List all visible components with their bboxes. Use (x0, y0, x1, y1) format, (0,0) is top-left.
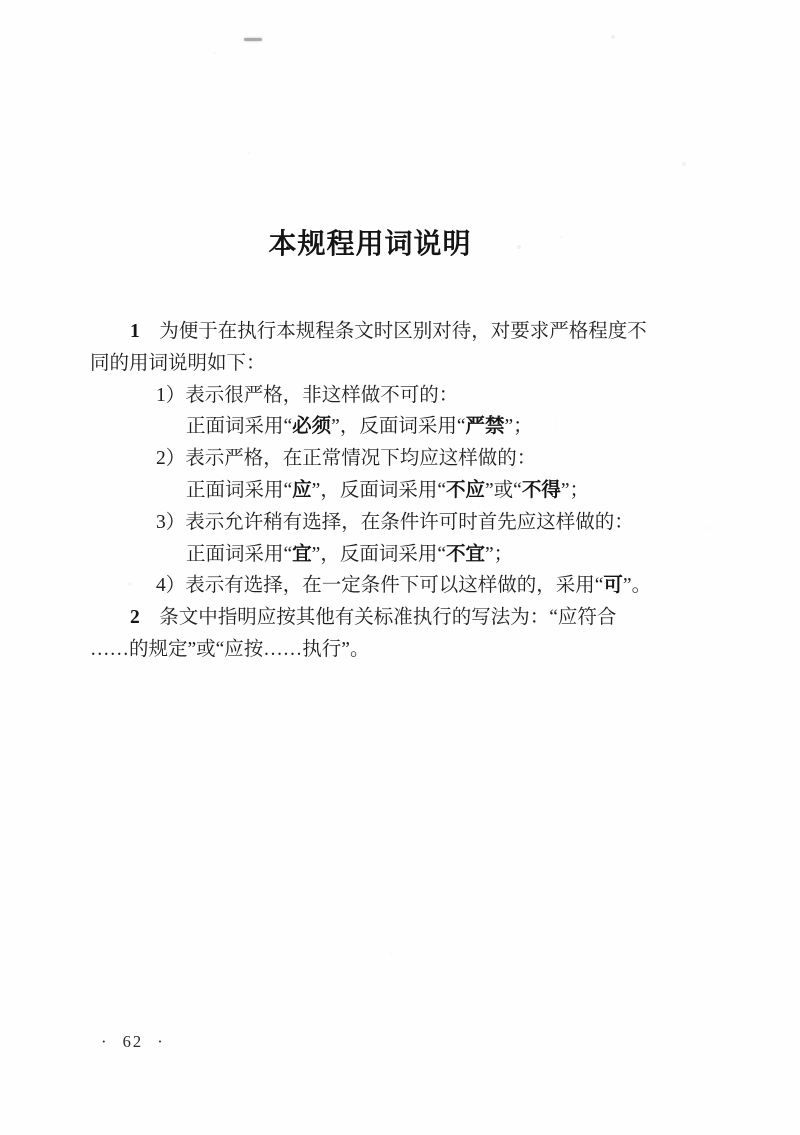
keyword: 不得 (522, 480, 561, 501)
keyword: 应 (292, 480, 312, 501)
text-line: 2 条文中指明应按其他有关标准执行的写法为：“应符合 (90, 602, 665, 634)
text-segment: 正面词采用“ (186, 544, 292, 565)
text-segment: 4）表示有选择，在一定条件下可以这样做的，采用“ (156, 575, 603, 596)
text-segment: ”； (485, 544, 513, 565)
page-number: · 62 · (101, 1032, 165, 1052)
text-segment: ”。 (623, 575, 651, 596)
keyword: 可 (603, 575, 623, 596)
text-segment: ”； (505, 416, 533, 437)
text-segment: 条文中指明应按其他有关标准执行的写法为：“应符合 (140, 607, 617, 628)
text-segment: ”，反面词采用“ (312, 544, 446, 565)
title-row: 本规程用词说明 (90, 222, 650, 262)
text-line: 1 为便于在执行本规程条文时区别对待，对要求严格程度不 (90, 316, 665, 348)
text-segment: ……的规定”或“应按……执行”。 (90, 639, 369, 660)
text-segment: 正面词采用“ (186, 480, 292, 501)
body-text: 1 为便于在执行本规程条文时区别对待，对要求严格程度不同的用词说明如下：1）表示… (90, 316, 665, 666)
text-line: 4）表示有选择，在一定条件下可以这样做的，采用“可”。 (90, 570, 665, 602)
text-segment: ”或“ (485, 480, 522, 501)
keyword: 不应 (446, 480, 485, 501)
text-line: 3）表示允许稍有选择，在条件许可时首先应这样做的： (90, 507, 665, 539)
text-segment: 1）表示很严格，非这样做不可的： (156, 385, 458, 406)
text-segment: 正面词采用“ (186, 416, 292, 437)
page-title: 本规程用词说明 (268, 222, 471, 262)
scan-artifact-dash (244, 38, 262, 41)
text-line: 1）表示很严格，非这样做不可的： (90, 380, 665, 412)
keyword: 严禁 (465, 416, 504, 437)
text-segment: ”，反面词采用“ (331, 416, 465, 437)
text-segment: 2）表示严格，在正常情况下均应这样做的： (156, 448, 536, 469)
keyword: 不宜 (446, 544, 485, 565)
text-segment: ”； (561, 480, 589, 501)
text-segment: 3）表示允许稍有选择，在条件许可时首先应这样做的： (156, 512, 634, 533)
keyword: 宜 (292, 544, 312, 565)
text-line: 正面词采用“必须”，反面词采用“严禁”； (90, 411, 665, 443)
text-line: 2）表示严格，在正常情况下均应这样做的： (90, 443, 665, 475)
scanned-page: 本规程用词说明 1 为便于在执行本规程条文时区别对待，对要求严格程度不同的用词说… (0, 0, 800, 1135)
text-line: 正面词采用“应”，反面词采用“不应”或“不得”； (90, 475, 665, 507)
scan-noise-specks (0, 0, 2, 2)
text-segment: 为便于在执行本规程条文时区别对待，对要求严格程度不 (140, 321, 647, 342)
text-segment: 同的用词说明如下： (90, 353, 266, 374)
text-line: 同的用词说明如下： (90, 348, 665, 380)
clause-number: 1 (130, 321, 140, 342)
text-line: ……的规定”或“应按……执行”。 (90, 634, 665, 666)
text-line: 正面词采用“宜”，反面词采用“不宜”； (90, 539, 665, 571)
keyword: 必须 (292, 416, 331, 437)
text-segment: ”，反面词采用“ (312, 480, 446, 501)
clause-number: 2 (130, 607, 140, 628)
